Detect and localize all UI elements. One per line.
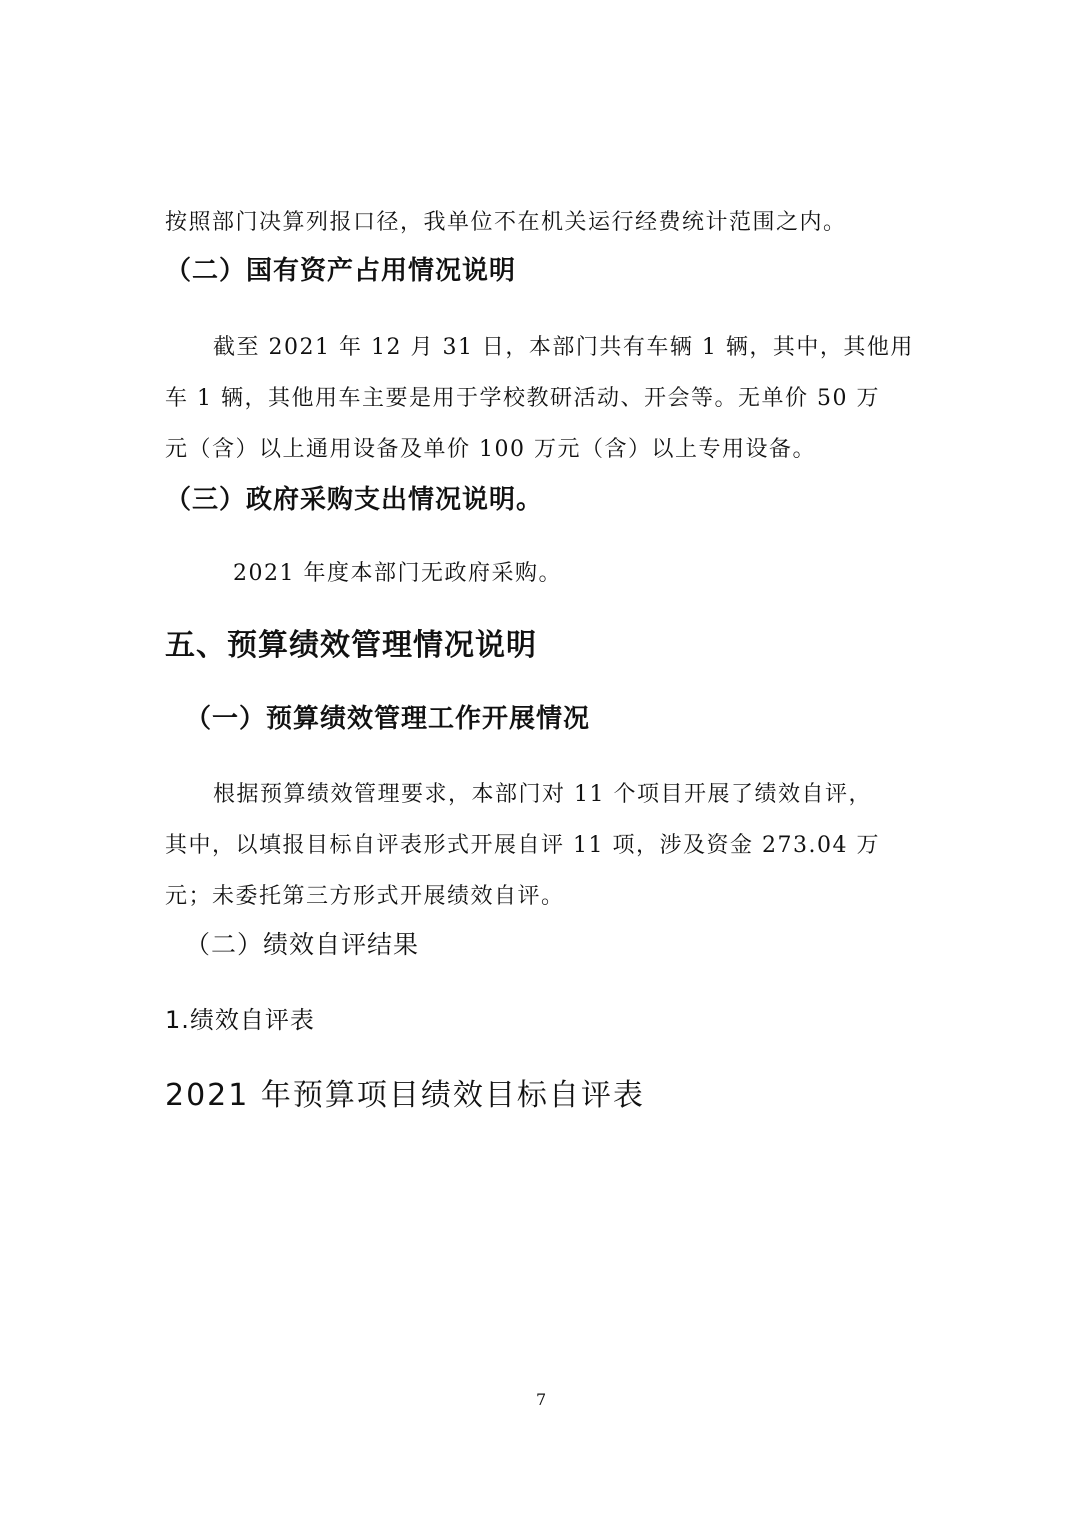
section-heading-assets: （二）国有资产占用情况说明 <box>165 250 516 287</box>
paragraph-line: 元；未委托第三方形式开展绩效自评。 <box>165 879 565 910</box>
paragraph-line: 2021 年度本部门无政府采购。 <box>233 556 562 587</box>
paragraph-line: 车 1 辆，其他用车主要是用于学校教研活动、开会等。无单价 50 万 <box>165 381 880 412</box>
subheading-table-label: 1.绩效自评表 <box>165 1000 315 1035</box>
paragraph-line: 截至 2021 年 12 月 31 日，本部门共有车辆 1 辆，其中，其他用 <box>213 330 914 361</box>
section-heading-procurement: （三）政府采购支出情况说明。 <box>165 479 543 516</box>
paragraph-line: 其中，以填报目标自评表形式开展自评 11 项，涉及资金 273.04 万 <box>165 828 880 859</box>
section-heading-results: （二）绩效自评结果 <box>185 925 419 961</box>
section-heading-performance-work: （一）预算绩效管理工作开展情况 <box>185 698 590 735</box>
table-title: 2021 年预算项目绩效目标自评表 <box>165 1070 645 1114</box>
paragraph-line: 元（含）以上通用设备及单价 100 万元（含）以上专用设备。 <box>165 432 816 463</box>
paragraph-line: 按照部门决算列报口径，我单位不在机关运行经费统计范围之内。 <box>165 205 847 236</box>
chapter-heading-performance: 五、预算绩效管理情况说明 <box>165 620 537 664</box>
page-number: 7 <box>536 1390 546 1409</box>
paragraph-line: 根据预算绩效管理要求，本部门对 11 个项目开展了绩效自评， <box>213 777 872 808</box>
